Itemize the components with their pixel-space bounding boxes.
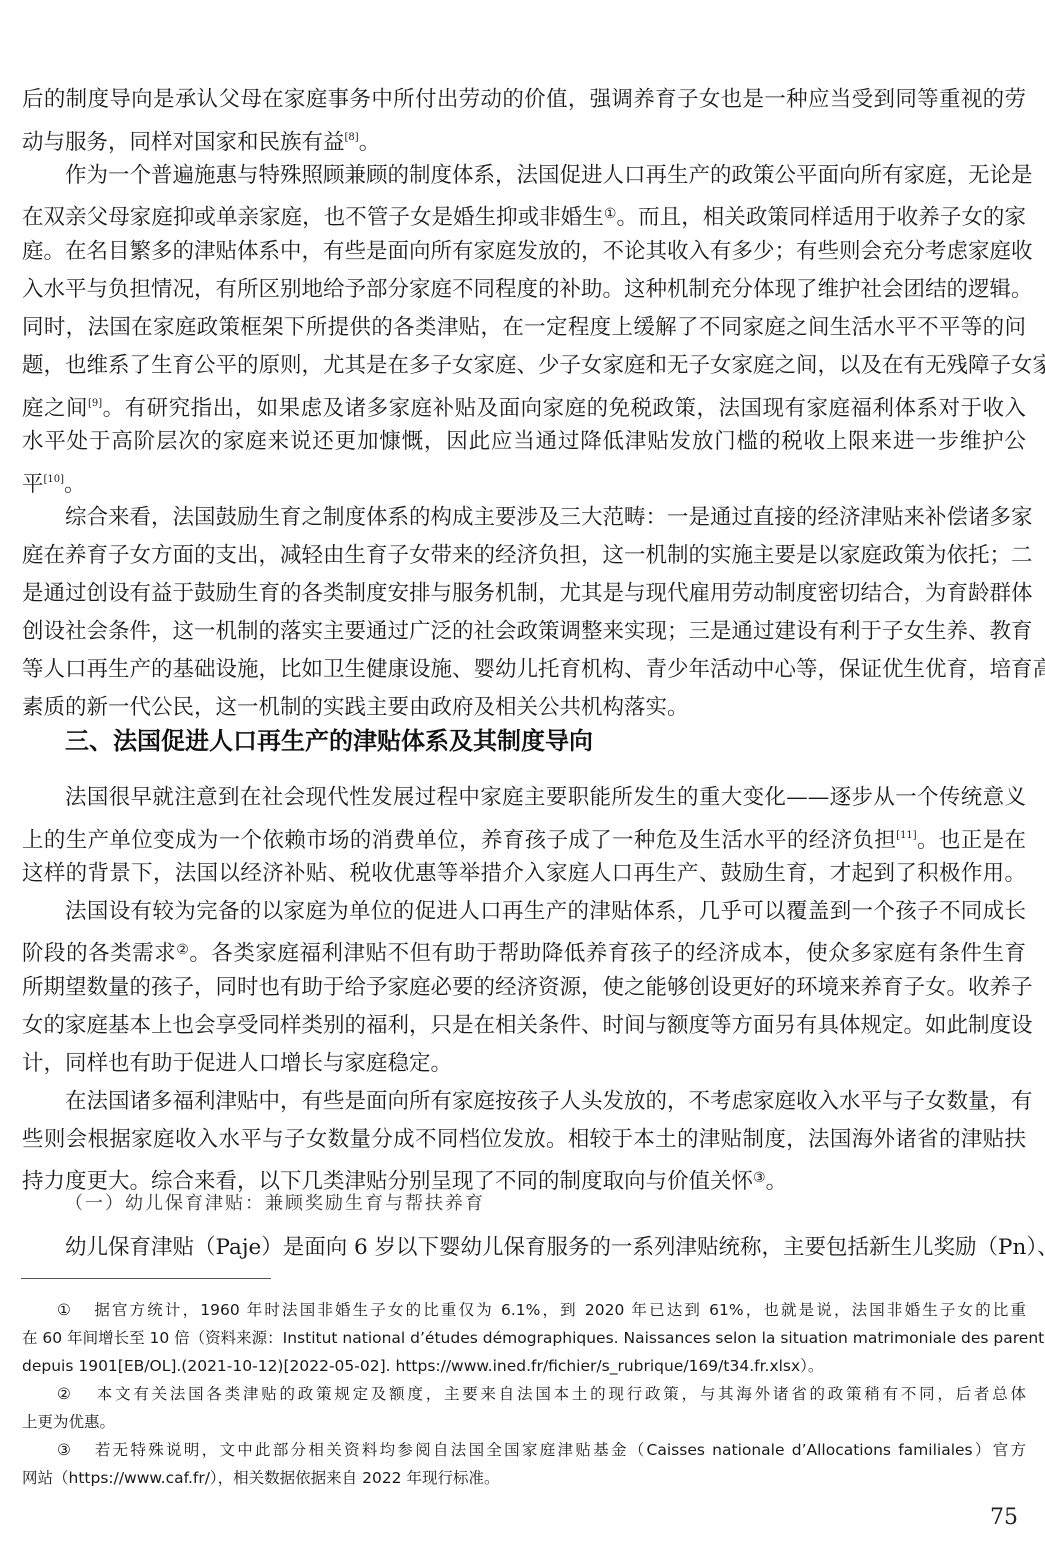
- section-heading: 三、法国促进人口再生产的津贴体系及其制度导向: [65, 721, 593, 756]
- body-line: 幼儿保育津贴（Paje）是面向 6 岁以下婴幼儿保育服务的一系列津贴统称，主要包…: [65, 1235, 1026, 1261]
- citation-ref: [9]: [88, 398, 102, 409]
- body-line: 这样的背景下，法国以经济补贴、税收优惠等举措介入家庭人口再生产、鼓励生育，才起到…: [22, 861, 1026, 887]
- citation-ref: [10]: [44, 474, 65, 485]
- body-line: 所期望数量的孩子，同时也有助于给予家庭必要的经济资源，使之能够创设更好的环境来养…: [22, 975, 1026, 1001]
- body-line: 素质的新一代公民，这一机制的实践主要由政府及相关公共机构落实。: [22, 695, 1026, 721]
- body-line: 水平处于高阶层次的家庭来说还更加慷慨，因此应当通过降低津贴发放门槛的税收上限来进…: [22, 429, 1026, 455]
- footnote-divider: [21, 1278, 271, 1279]
- body-line: 庭。在名目繁多的津贴体系中，有些是面向所有家庭发放的，不论其收入有多少；有些则会…: [22, 239, 1026, 265]
- body-line: 上的生产单位变成为一个依赖市场的消费单位，养育孩子成了一种危及生活水平的经济负担…: [22, 823, 1026, 854]
- body-line: 计，同样也有助于促进人口增长与家庭稳定。: [22, 1051, 1026, 1077]
- body-line: 法国很早就注意到在社会现代性发展过程中家庭主要职能所发生的重大变化——逐步从一个…: [65, 785, 1026, 811]
- body-line: 平[10]。: [22, 467, 1026, 498]
- footnote-2: ② 本文有关法国各类津贴的政策规定及额度，主要来自法国本土的现行政策，与其海外诸…: [57, 1384, 1026, 1404]
- subsection-heading: （一）幼儿保育津贴：兼顾奖励生育与帮扶养育: [65, 1189, 485, 1215]
- body-line: 创设社会条件，这一机制的落实主要通过广泛的社会政策调整来实现；三是通过建设有利于…: [22, 619, 1026, 645]
- footnote-1-line: depuis 1901[EB/OL].(2021-10-12)[2022-05-…: [22, 1356, 1026, 1376]
- footnote-ref: ②: [176, 942, 189, 958]
- footnote-mark: ①: [57, 1301, 73, 1319]
- footnote-mark: ②: [57, 1385, 74, 1403]
- body-line: 后的制度导向是承认父母在家庭事务中所付出劳动的价值，强调养育子女也是一种应当受到…: [22, 87, 1026, 113]
- body-line: 作为一个普遍施惠与特殊照顾兼顾的制度体系，法国促进人口再生产的政策公平面向所有家…: [65, 163, 1026, 189]
- body-line: 庭之间[9]。有研究指出，如果虑及诸多家庭补贴及面向家庭的免税政策，法国现有家庭…: [22, 391, 1026, 422]
- page-number: 75: [990, 1505, 1018, 1530]
- citation-ref: [11]: [896, 830, 917, 841]
- body-line: 在法国诸多福利津贴中，有些是面向所有家庭按孩子人头发放的，不考虑家庭收入水平与子…: [65, 1089, 1026, 1115]
- footnote-ref: ③: [753, 1170, 766, 1186]
- footnote-1: ① 据官方统计，1960 年时法国非婚生子女的比重仅为 6.1%，到 2020 …: [57, 1300, 1026, 1320]
- body-line: 庭在养育子女方面的支出，减轻由生育子女带来的经济负担，这一机制的实施主要是以家庭…: [22, 543, 1026, 569]
- body-line: 女的家庭基本上也会享受同样类别的福利，只是在相关条件、时间与额度等方面另有具体规…: [22, 1013, 1026, 1039]
- footnote-2-line: 上更为优惠。: [22, 1412, 1026, 1432]
- body-line: 是通过创设有益于鼓励生育的各类制度安排与服务机制，尤其是与现代雇用劳动制度密切结…: [22, 581, 1026, 607]
- citation-ref: [8]: [345, 132, 359, 143]
- body-line: 阶段的各类需求②。各类家庭福利津贴不但有助于帮助降低养育孩子的经济成本，使众多家…: [22, 937, 1026, 967]
- footnote-mark: ③: [57, 1441, 73, 1459]
- body-line: 动与服务，同样对国家和民族有益[8]。: [22, 125, 1026, 156]
- body-line: 同时，法国在家庭政策框架下所提供的各类津贴，在一定程度上缓解了不同家庭之间生活水…: [22, 315, 1026, 341]
- footnote-1-line: 在 60 年间增长至 10 倍（资料来源：Institut national d…: [22, 1328, 1026, 1348]
- footnote-ref: ①: [604, 206, 617, 222]
- footnote-3-line: 网站（https://www.caf.fr/），相关数据依据来自 2022 年现…: [22, 1468, 1026, 1488]
- body-line: 入水平与负担情况，有所区别地给予部分家庭不同程度的补助。这种机制充分体现了维护社…: [22, 277, 1026, 303]
- footnote-3: ③ 若无特殊说明，文中此部分相关资料均参阅自法国全国家庭津贴基金（Caisses…: [57, 1440, 1026, 1460]
- body-line: 在双亲父母家庭抑或单亲家庭，也不管子女是婚生抑或非婚生①。而且，相关政策同样适用…: [22, 201, 1026, 231]
- body-line: 法国设有较为完备的以家庭为单位的促进人口再生产的津贴体系，几乎可以覆盖到一个孩子…: [65, 899, 1026, 925]
- body-line: 题，也维系了生育公平的原则，尤其是在多子女家庭、少子女家庭和无子女家庭之间，以及…: [22, 353, 1026, 379]
- body-line: 综合来看，法国鼓励生育之制度体系的构成主要涉及三大范畴：一是通过直接的经济津贴来…: [65, 505, 1026, 531]
- body-line: 等人口再生产的基础设施，比如卫生健康设施、婴幼儿托育机构、青少年活动中心等，保证…: [22, 657, 1026, 683]
- document-page: 后的制度导向是承认父母在家庭事务中所付出劳动的价值，强调养育子女也是一种应当受到…: [0, 0, 1045, 1548]
- body-line: 些则会根据家庭收入水平与子女数量分成不同档位发放。相较于本土的津贴制度，法国海外…: [22, 1127, 1026, 1153]
